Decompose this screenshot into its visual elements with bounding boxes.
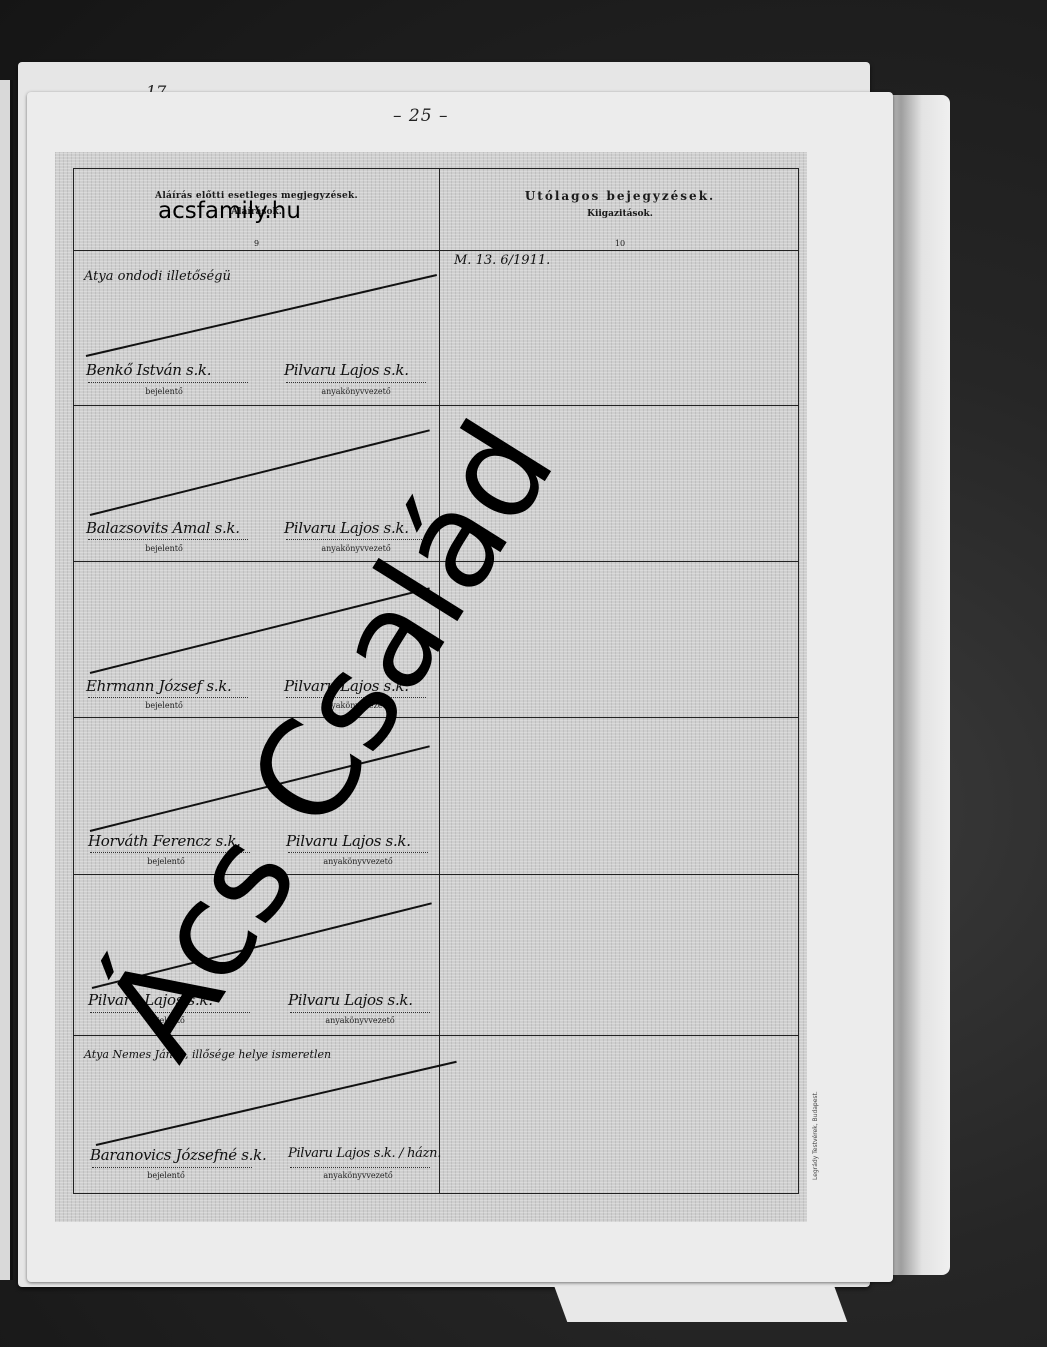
registrar-signature: Pilvaru Lajos s.k. / házn. <box>288 1146 441 1161</box>
signature-line <box>88 539 248 540</box>
informant-signature: Benkő István s.k. <box>86 361 211 379</box>
registrar-label: anyakönyvvezető <box>286 387 426 396</box>
informant-label: bejelentő <box>94 701 234 710</box>
page-number: – 25 – <box>393 106 448 126</box>
column-10-number: 10 <box>440 239 800 248</box>
informant-signature: Baranovics Józsefné s.k. <box>90 1146 266 1164</box>
signature-line <box>290 1012 430 1013</box>
signature-line <box>88 697 248 698</box>
signature-line <box>88 382 248 383</box>
strike-line <box>86 274 437 357</box>
site-watermark: acsfamily.hu <box>158 198 301 224</box>
signature-line <box>290 1167 430 1168</box>
registrar-signature: Pilvaru Lajos s.k. <box>284 361 409 379</box>
strike-line <box>90 429 430 516</box>
column-10-title: Utólagos bejegyzések. <box>440 189 800 203</box>
signature-line <box>92 1167 252 1168</box>
informant-label: bejelentő <box>94 544 234 553</box>
column-9-number: 9 <box>74 239 439 248</box>
entry-row: Atya ondodi illetőségü Benkő István s.k.… <box>74 251 439 405</box>
informant-label: bejelentő <box>94 387 234 396</box>
entry-row: Atya Nemes János, illősége helye ismeret… <box>74 1036 439 1194</box>
loose-sheet <box>553 1282 848 1322</box>
column-10-subtitle: Kiigazitások. <box>440 209 800 219</box>
adjacent-page-edge <box>0 80 13 1280</box>
entry-remark: Atya ondodi illetőségü <box>84 269 231 284</box>
strike-line <box>96 1061 457 1146</box>
informant-signature: Ehrmann József s.k. <box>86 677 232 695</box>
registrar-label: anyakönyvvezető <box>288 1171 428 1180</box>
signature-line <box>286 382 426 383</box>
column-10-header: Utólagos bejegyzések. Kiigazitások. 10 <box>440 169 800 251</box>
printer-imprint: Legrády Testvérek, Budapest. <box>812 1060 822 1180</box>
registrar-label: anyakönyvvezető <box>290 1016 430 1025</box>
informant-signature: Balazsovits Amal s.k. <box>86 519 240 537</box>
later-entry: M. 13. 6/1911. <box>454 253 550 268</box>
informant-label: bejelentő <box>96 1171 236 1180</box>
table-right-border <box>798 169 799 1193</box>
registrar-signature: Pilvaru Lajos s.k. <box>288 991 413 1009</box>
